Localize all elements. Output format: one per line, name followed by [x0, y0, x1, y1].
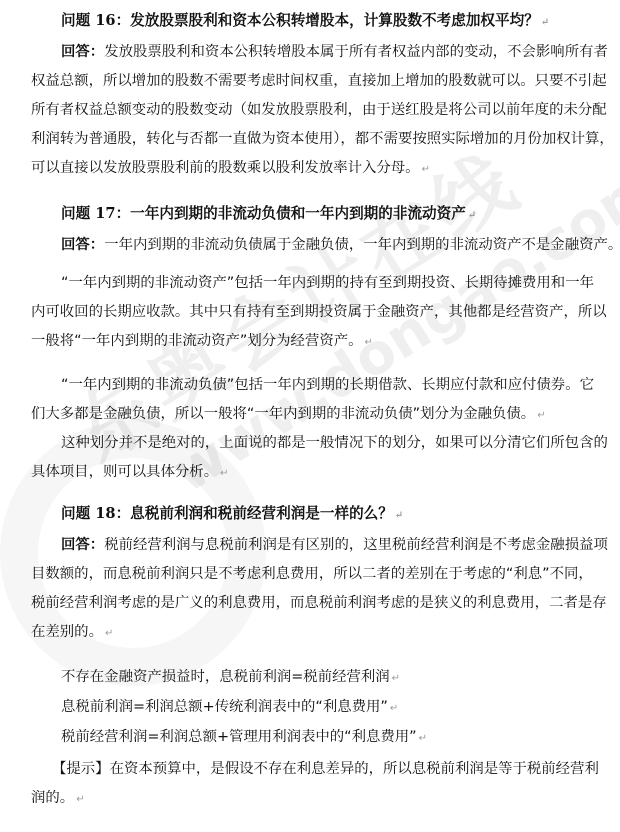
question-16-answer-line: 回答：发放股票股利和资本公积转增股本属于所有者权益内部的变动，不会影响所有者 [61, 43, 587, 61]
question-17-heading: 问题 17：一年内到期的非流动负债和一年内到期的非流动资产↵ [61, 205, 587, 225]
question-16-answer-line: 所有者权益总额变动的股数变动（如发放股票股利，由于送红股是将公司以前年度的未分配 [31, 101, 587, 119]
paragraph-mark-icon: ↵ [419, 733, 427, 744]
question-18-formula-line: 息税前利润=利润总额+传统利润表中的“利息费用”↵ [61, 698, 587, 718]
paragraph-mark-icon: ↵ [105, 628, 113, 639]
question-18-answer-line: 税前经营利润考虑的是广义的利息费用，而息税前利润考虑的是狭义的利息费用，二者是存 [31, 594, 587, 612]
paragraph-mark-icon: ↵ [220, 468, 228, 479]
question-16-answer-line: 可以直接以发放股票股利前的股数乘以股利发放率计入分母。↵ [31, 159, 587, 179]
question-18-tip-line: 润的。↵ [31, 789, 587, 809]
question-18-answer-line: 回答：税前经营利润与息税前利润是有区别的，这里税前经营利润是不考虑金融损益项 [61, 536, 587, 554]
paragraph-mark-icon: ↵ [76, 794, 84, 805]
question-18-formula-line: 不存在金融资产损益时，息税前利润=税前经营利润↵ [61, 668, 587, 688]
question-16-answer-line: 权益总额，所以增加的股数不需要考虑时间权重，直接加上增加的股数就可以。只要不引起 [31, 72, 587, 90]
paragraph-mark-icon: ↵ [365, 337, 373, 348]
paragraph-mark-icon: ↵ [537, 410, 545, 421]
question-18-formula-line: 税前经营利润=利润总额+管理用利润表中的“利息费用”↵ [61, 728, 587, 748]
question-17-paragraph-line: “一年内到期的非流动负债”包括一年内到期的长期借款、长期应付款和应付债券。它 [61, 376, 587, 394]
paragraph-mark-icon: ↵ [395, 510, 403, 521]
question-17-paragraph-line: 们大多都是金融负债，所以一般将“一年内到期的非流动负债”划分为金融负债。↵ [31, 405, 587, 425]
question-16-answer-line: 利润转为普通股，转化与否都一直做为资本使用），都不需要按照实际增加的月份加权计算… [31, 130, 587, 148]
question-17-paragraph-line: 内可收回的长期应收款。其中只有持有至到期投资属于金融资产，其他都是经营资产，所以 [31, 303, 587, 321]
question-17-paragraph-line: “一年内到期的非流动资产”包括一年内到期的持有至到期投资、长期待摊费用和一年 [61, 274, 587, 292]
answer-label: 回答： [61, 237, 104, 253]
paragraph-mark-icon: ↵ [422, 164, 430, 175]
answer-label: 回答： [61, 537, 104, 553]
question-17-answer-line: 回答：一年内到期的非流动负债属于金融负债，一年内到期的非流动资产不是金融资产。↵ [61, 236, 587, 256]
question-18-answer-line: 在差别的。↵ [31, 623, 587, 643]
watermark: 东奥会计在线 www.dongao.com [51, 112, 620, 608]
question-17-paragraph-line: 具体项目，则可以具体分析。↵ [31, 463, 587, 483]
question-16-heading: 问题 16：发放股票股利和资本公积转增股本，计算股数不考虑加权平均？↵ [61, 12, 587, 32]
paragraph-mark-icon: ↵ [541, 17, 549, 28]
paragraph-mark-icon: ↵ [390, 703, 398, 714]
question-17-paragraph-line: 这种划分并不是绝对的，上面说的都是一般情况下的划分，如果可以分清它们所包含的 [61, 434, 587, 452]
document-page: 东奥会计在线 www.dongao.com 问题 16：发放股票股利和资本公积转… [0, 0, 620, 832]
question-18-tip-line: 【提示】在资本预算中，是假设不存在利息差异的，所以息税前利润是等于税前经营利 [52, 760, 587, 778]
answer-label: 回答： [61, 44, 104, 60]
question-18-answer-line: 目数额的，而息税前利润只是不考虑利息费用，所以二者的差别在于考虑的“利息”不同， [31, 565, 587, 583]
question-17-paragraph-line: 一般将“一年内到期的非流动资产”划分为经营资产。↵ [31, 332, 587, 352]
paragraph-mark-icon: ↵ [392, 673, 400, 684]
paragraph-mark-icon: ↵ [468, 210, 476, 221]
question-18-heading: 问题 18：息税前利润和税前经营利润是一样的么？↵ [61, 505, 587, 525]
